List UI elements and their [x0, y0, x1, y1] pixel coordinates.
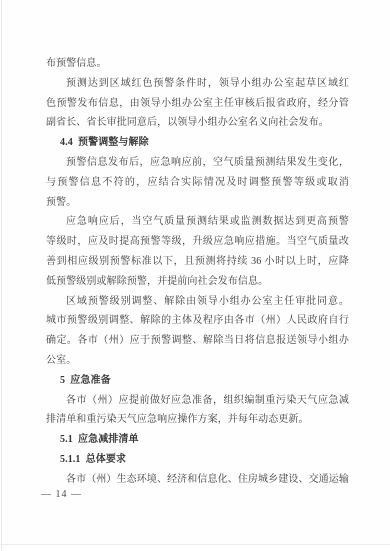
text-line: 排清单和重污染天气应急响应操作方案，并每年动态更新。 [46, 410, 349, 430]
paragraph: 区域预警级别调整、解除由领导小组办公室主任审批同意。城市预警级别调整、解除的主体… [46, 292, 349, 371]
paragraph: 预测达到区域红色预警条件时，领导小组办公室起草区域红色预警发布信息，由领导小组办… [46, 74, 349, 133]
document-page: 布预警信息。预测达到区域红色预警条件时，领导小组办公室起草区域红色预警发布信息，… [0, 0, 390, 551]
section-heading: 4.4 预警调整与解除 [46, 133, 349, 153]
paragraph: 应急响应后，当空气质量预测结果或监测数据达到更高预警等级时，应及时提高预警等级，… [46, 212, 349, 291]
paragraph: 预警信息发布后，应急响应前，空气质量预测结果发生变化，与预警信息不符的，应结合实… [46, 153, 349, 212]
text-line: 与预警信息不符的，应结合实际情况及时调整预警等级或取消 [46, 173, 349, 193]
section-heading: 5 应急准备 [46, 371, 349, 391]
heading-line: 5 应急准备 [46, 371, 349, 391]
text-line: 区域预警级别调整、解除由领导小组办公室主任审批同意。 [46, 292, 349, 312]
text-line: 各市（州）应提前做好应急准备，组织编制重污染天气应急减 [46, 391, 349, 411]
page-number: — 14 — [41, 489, 82, 500]
text-line: 善到相应级别预警标准以下，且预测将持续 36 小时以上时，应降 [46, 252, 349, 272]
scan-edge-bottom [0, 544, 390, 545]
text-line: 等级时，应及时提高预警等级，升级应急响应措施。当空气质量改 [46, 232, 349, 252]
text-line: 副省长、省长审批同意后，以领导小组办公室名义向社会发布。 [46, 113, 349, 133]
text-line: 低预警级别或解除预警，并提前向社会发布信息。 [46, 272, 349, 292]
paragraph: 各市（州）生态环境、经济和信息化、住房城乡建设、交通运输 [46, 470, 349, 490]
section-heading: 5.1.1 总体要求 [46, 450, 349, 470]
text-line: 色预警发布信息，由领导小组办公室主任审核后报省政府，经分管 [46, 94, 349, 114]
paragraph: 各市（州）应提前做好应急准备，组织编制重污染天气应急减排清单和重污染天气应急响应… [46, 391, 349, 431]
text-line: 确定。各市（州）应于预警调整、解除当日将信息报送领导小组办 [46, 331, 349, 351]
heading-line: 5.1 应急减排清单 [46, 430, 349, 450]
heading-line: 5.1.1 总体要求 [46, 450, 349, 470]
text-line: 公室。 [46, 351, 349, 371]
text-line: 预测达到区域红色预警条件时，领导小组办公室起草区域红 [46, 74, 349, 94]
heading-line: 4.4 预警调整与解除 [46, 133, 349, 153]
text-line: 布预警信息。 [46, 54, 349, 74]
text-line: 应急响应后，当空气质量预测结果或监测数据达到更高预警 [46, 212, 349, 232]
text-line: 预警信息发布后，应急响应前，空气质量预测结果发生变化， [46, 153, 349, 173]
scan-edge-left [1, 0, 2, 551]
text-line: 预警。 [46, 193, 349, 213]
text-line: 各市（州）生态环境、经济和信息化、住房城乡建设、交通运输 [46, 470, 349, 490]
text-line: 城市预警级别调整、解除的主体及程序由各市（州）人民政府自行 [46, 311, 349, 331]
paragraph: 布预警信息。 [46, 54, 349, 74]
text-column: 布预警信息。预测达到区域红色预警条件时，领导小组办公室起草区域红色预警发布信息，… [46, 54, 349, 490]
section-heading: 5.1 应急减排清单 [46, 430, 349, 450]
